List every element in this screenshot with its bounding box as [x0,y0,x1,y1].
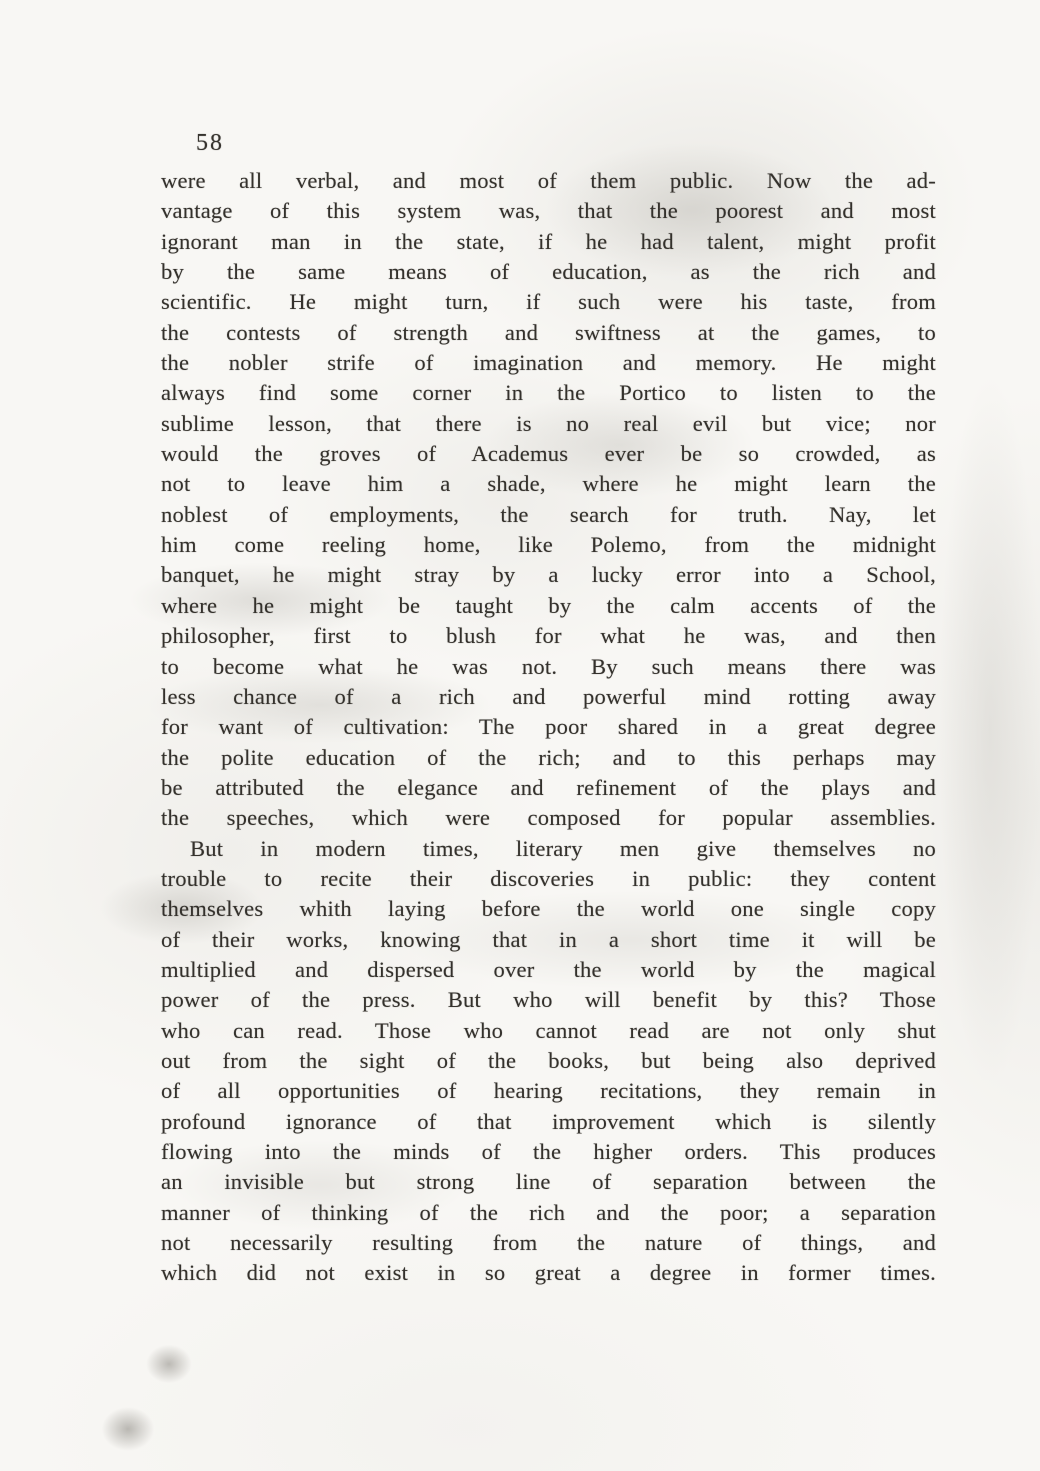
book-page: 58 were all verbal, and most of them pub… [0,0,1040,1471]
text-line: by the same means of education, as the r… [161,257,936,287]
text-line: would the groves of Academus ever be so … [161,439,936,469]
text-line: scientific. He might turn, if such were … [161,287,936,317]
text-line: vantage of this system was, that the poo… [161,196,936,226]
paper-stain [143,1342,195,1386]
text-line: But in modern times, literary men give t… [161,834,936,864]
text-line: philosopher, first to blush for what he … [161,621,936,651]
text-line: always find some corner in the Portico t… [161,378,936,408]
text-line: the polite education of the rich; and to… [161,743,936,773]
text-line: ignorant man in the state, if he had tal… [161,227,936,257]
page-text: were all verbal, and most of them public… [161,166,936,1289]
text-line: an invisible but strong line of separati… [161,1167,936,1197]
text-line: to become what he was not. By such means… [161,652,936,682]
text-line: the speeches, which were composed for po… [161,803,936,833]
text-line: not to leave him a shade, where he might… [161,469,936,499]
text-line: not necessarily resulting from the natur… [161,1228,936,1258]
page-number: 58 [196,130,224,157]
text-line: profound ignorance of that improvement w… [161,1107,936,1137]
text-line: where he might be taught by the calm acc… [161,591,936,621]
text-line: him come reeling home, like Polemo, from… [161,530,936,560]
text-line: noblest of employments, the search for t… [161,500,936,530]
text-line: the nobler strife of imagination and mem… [161,348,936,378]
paper-stain [940,380,1040,1080]
text-line: out from the sight of the books, but bei… [161,1046,936,1076]
paper-stain [98,1404,158,1454]
text-line: for want of cultivation: The poor shared… [161,712,936,742]
text-line: banquet, he might stray by a lucky error… [161,560,936,590]
text-line: were all verbal, and most of them public… [161,166,936,196]
text-line: who can read. Those who cannot read are … [161,1016,936,1046]
text-line: flowing into the minds of the higher ord… [161,1137,936,1167]
text-line: multiplied and dispersed over the world … [161,955,936,985]
text-line: manner of thinking of the rich and the p… [161,1198,936,1228]
text-line: of all opportunities of hearing recitati… [161,1076,936,1106]
text-line: trouble to recite their discoveries in p… [161,864,936,894]
text-line: which did not exist in so great a degree… [161,1258,936,1288]
text-line: themselves whith laying before the world… [161,894,936,924]
text-line: sublime lesson, that there is no real ev… [161,409,936,439]
text-line: of their works, knowing that in a short … [161,925,936,955]
text-line: be attributed the elegance and refinemen… [161,773,936,803]
text-line: power of the press. But who will benefit… [161,985,936,1015]
text-line: less chance of a rich and powerful mind … [161,682,936,712]
text-line: the contests of strength and swiftness a… [161,318,936,348]
